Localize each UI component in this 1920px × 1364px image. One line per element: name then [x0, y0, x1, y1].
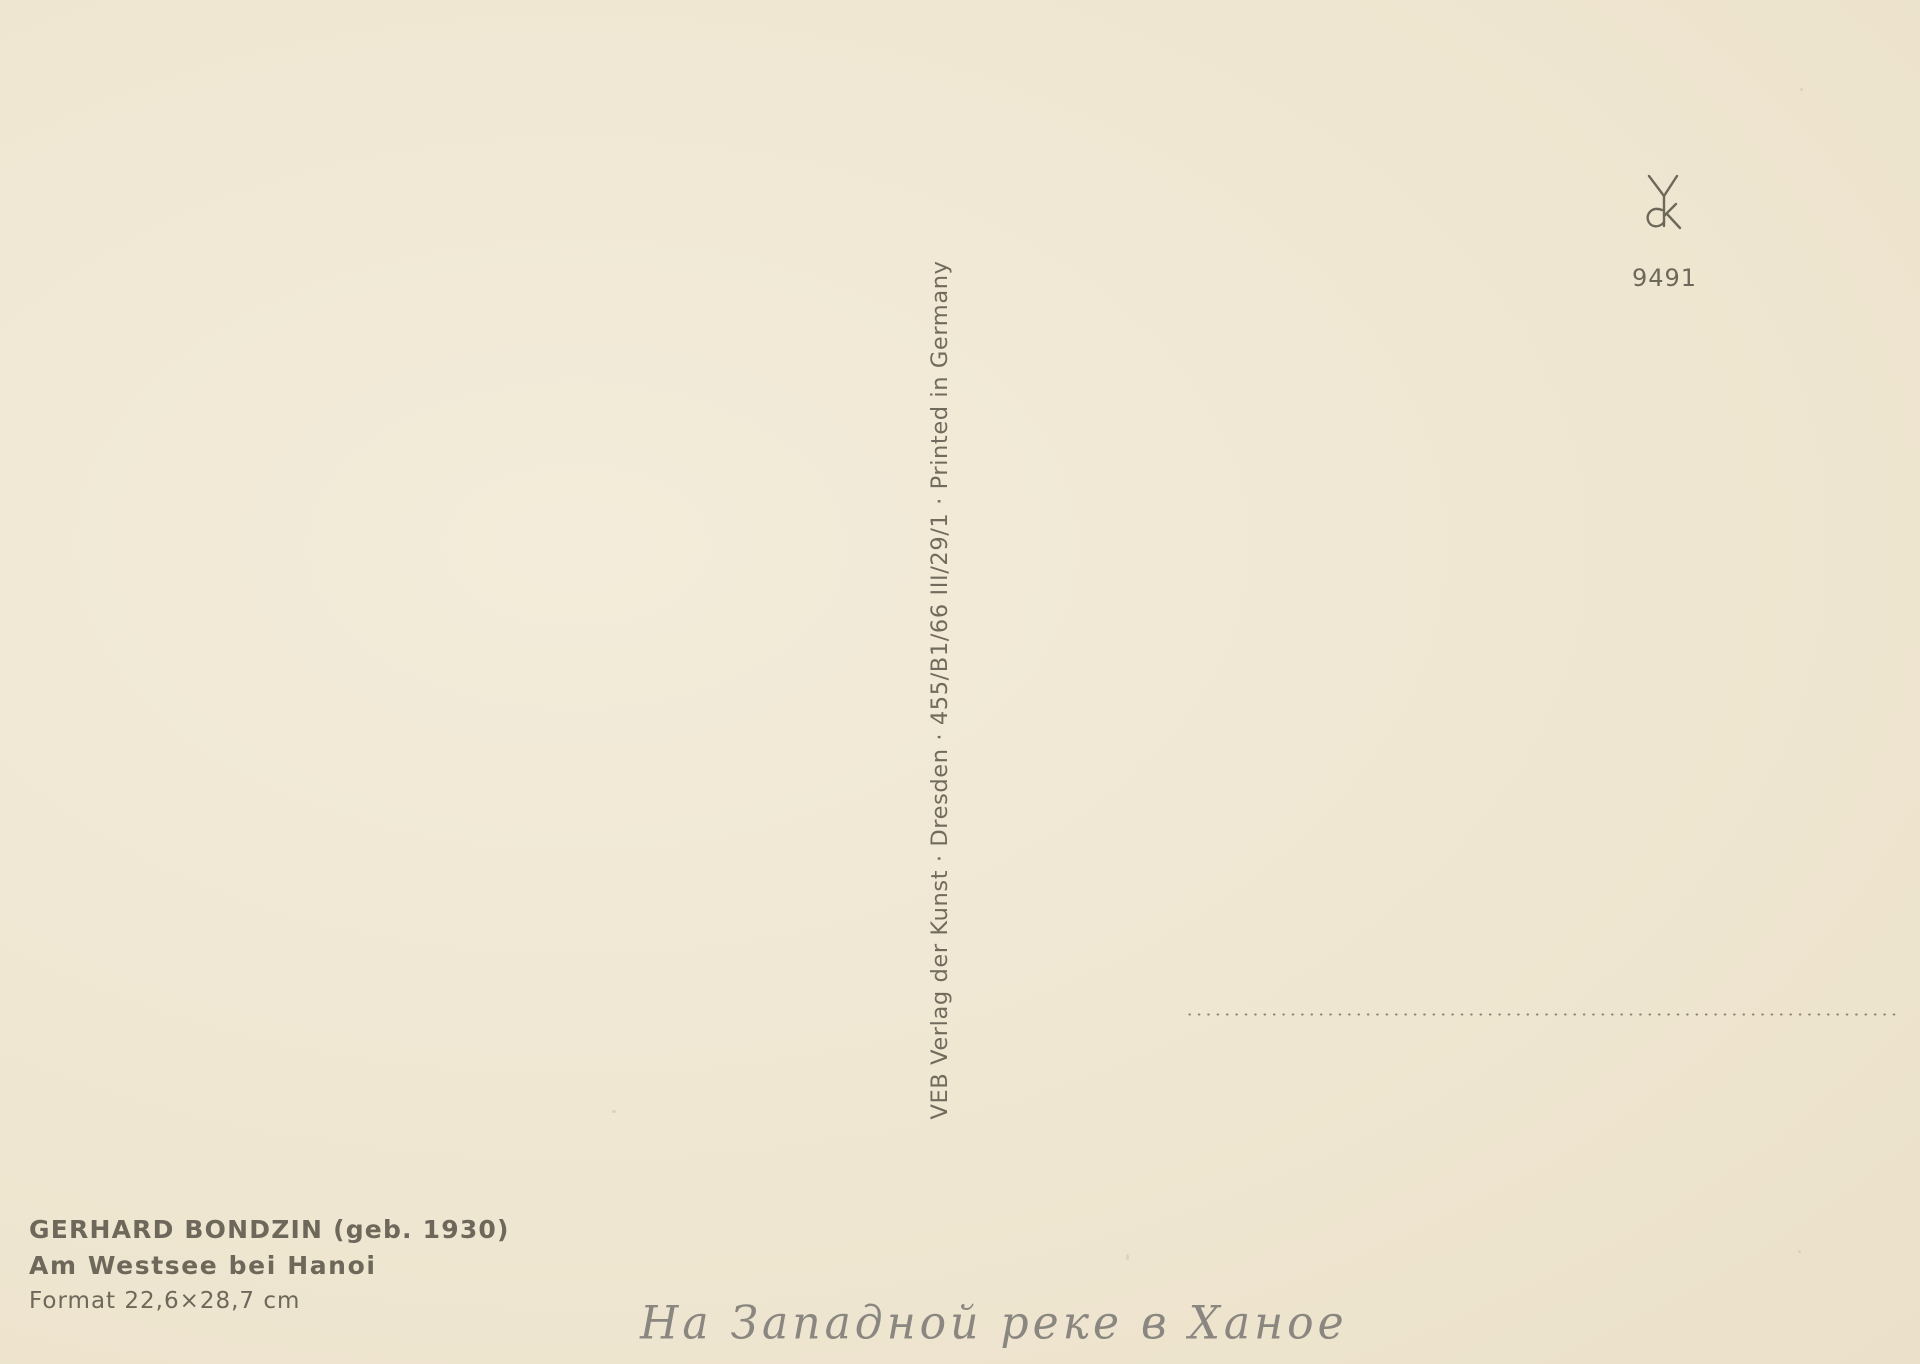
artwork-caption: GERHARD BONDZIN (geb. 1930) Am Westsee b… [29, 1212, 510, 1318]
artist-name: GERHARD BONDZIN (geb. 1930) [29, 1212, 510, 1248]
paper-speck [1800, 88, 1803, 91]
artwork-format: Format 22,6×28,7 cm [29, 1284, 510, 1318]
artwork-title: Am Westsee bei Hanoi [29, 1248, 510, 1284]
postcard-back: GERHARD BONDZIN (geb. 1930) Am Westsee b… [0, 0, 1920, 1364]
handwritten-note: На Западной реке в Ханое [640, 1297, 1348, 1351]
paper-speck [612, 1110, 616, 1113]
publisher-imprint: VEB Verlag der Kunst · Dresden · 455/B1/… [927, 260, 953, 1119]
vdk-monogram-icon [1640, 172, 1688, 232]
address-dotted-line [1185, 1013, 1900, 1016]
paper-speck [1126, 1254, 1129, 1260]
paper-speck [1798, 1250, 1801, 1253]
catalog-number: 9491 [1632, 264, 1697, 292]
